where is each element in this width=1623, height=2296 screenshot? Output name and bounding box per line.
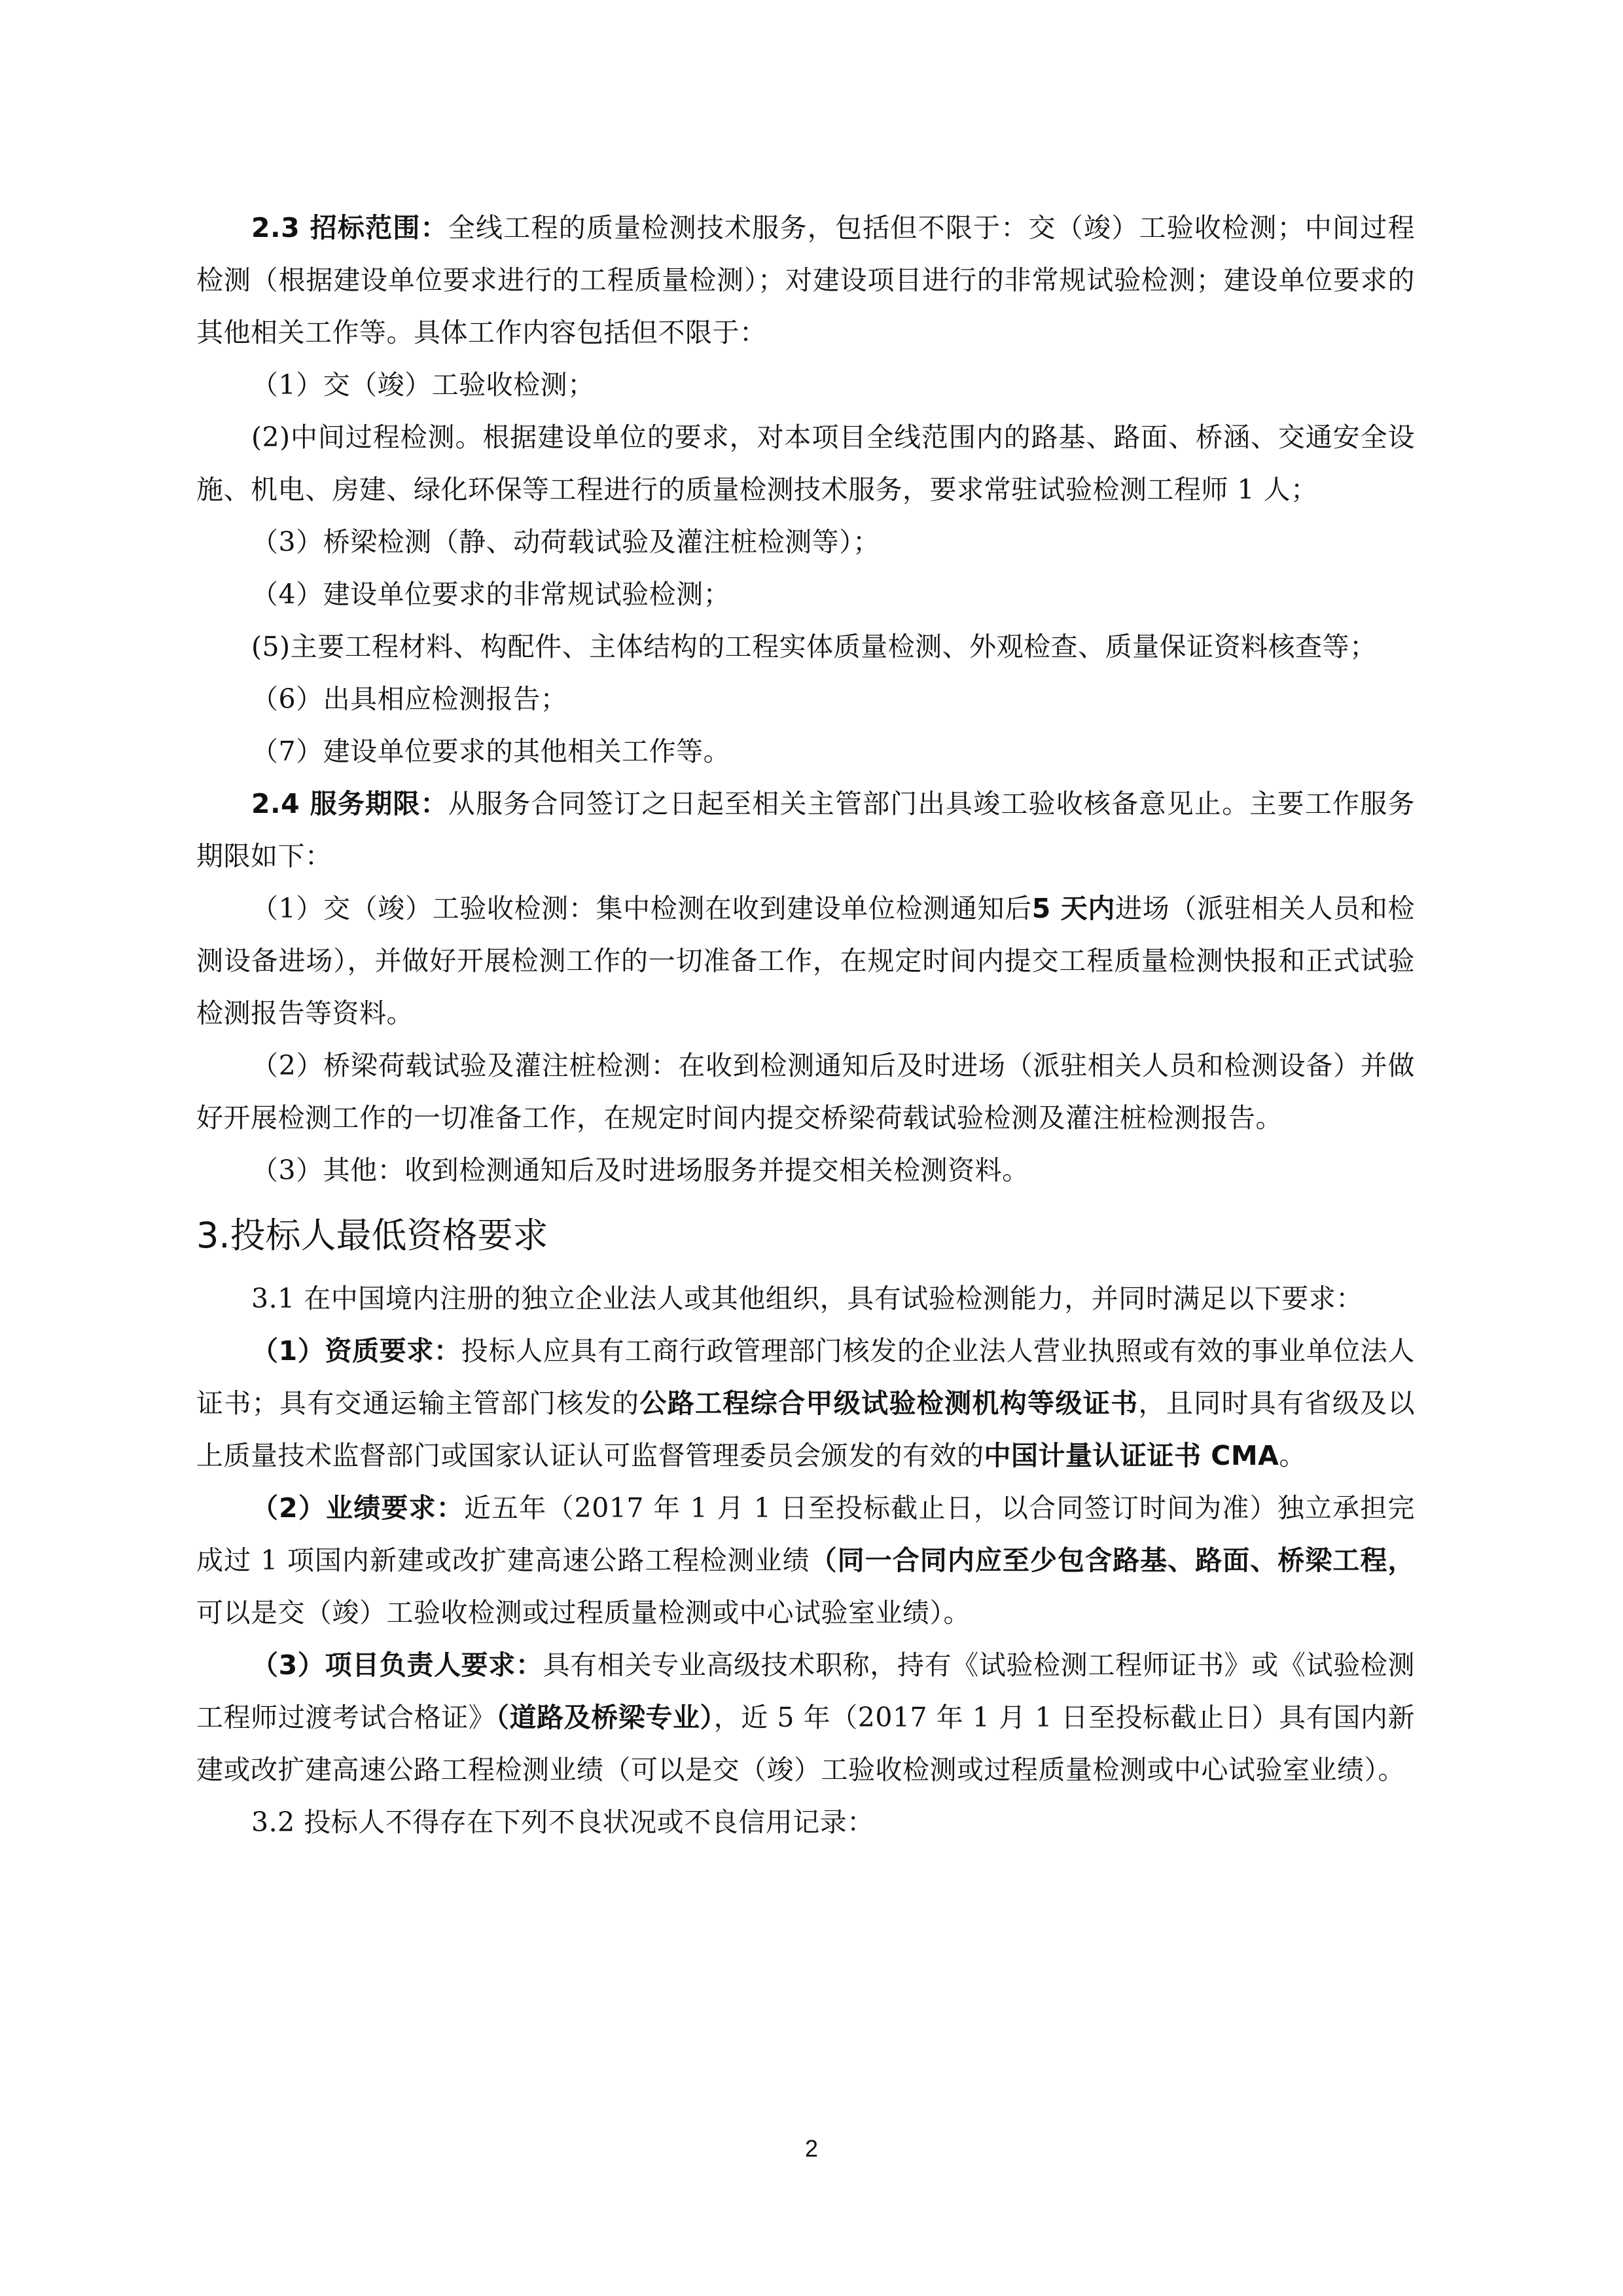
- requirement-project-lead: （3）项目负责人要求：具有相关专业高级技术职称，持有《试验检测工程师证书》或《试…: [196, 1639, 1415, 1796]
- emphasis-specialty: （道路及桥梁专业）: [495, 1702, 713, 1733]
- page-content: 2.3 招标范围：全线工程的质量检测技术服务，包括但不限于：交（竣）工验收检测；…: [196, 202, 1415, 1848]
- requirement-label: （3）项目负责人要求：: [251, 1649, 543, 1681]
- section-label-2-3: 2.3 招标范围：: [251, 212, 448, 243]
- list-item-2-3-6: （6）出具相应检测报告；: [196, 673, 1415, 725]
- requirement-text: 可以是交（竣）工验收检测或过程质量检测或中心试验室业绩）。: [196, 1597, 971, 1628]
- emphasis-certificate: 公路工程综合甲级试验检测机构等级证书: [639, 1388, 1138, 1419]
- section-heading-3: 3.投标人最低资格要求: [196, 1202, 1415, 1270]
- paragraph-2-4: 2.4 服务期限：从服务合同签订之日起至相关主管部门出具竣工验收核备意见止。主要…: [196, 778, 1415, 882]
- list-item-2-3-3: （3）桥梁检测（静、动荷载试验及灌注桩检测等）；: [196, 516, 1415, 568]
- requirement-performance: （2）业绩要求：近五年（2017 年 1 月 1 日至投标截止日，以合同签订时间…: [196, 1482, 1415, 1639]
- page-number: 2: [0, 2135, 1623, 2162]
- list-item-2-3-5: (5)主要工程材料、构配件、主体结构的工程实体质量检测、外观检查、质量保证资料核…: [196, 620, 1415, 673]
- section-label-2-4: 2.4 服务期限：: [251, 788, 448, 819]
- requirement-text: 。: [1279, 1440, 1306, 1471]
- list-item-2-3-4: （4）建设单位要求的非常规试验检测；: [196, 568, 1415, 620]
- list-item-2-4-1: （1）交（竣）工验收检测：集中检测在收到建设单位检测通知后5 天内进场（派驻相关…: [196, 882, 1415, 1039]
- paragraph-3-2: 3.2 投标人不得存在下列不良状况或不良信用记录：: [196, 1796, 1415, 1848]
- emphasis-5-days: 5 天内: [1032, 893, 1115, 924]
- list-item-2-3-1: （1）交（竣）工验收检测；: [196, 359, 1415, 411]
- list-item-2-4-2: （2）桥梁荷载试验及灌注桩检测：在收到检测通知后及时进场（派驻相关人员和检测设备…: [196, 1039, 1415, 1144]
- requirement-qualification: （1）资质要求：投标人应具有工商行政管理部门核发的企业法人营业执照或有效的事业单…: [196, 1325, 1415, 1482]
- paragraph-2-3: 2.3 招标范围：全线工程的质量检测技术服务，包括但不限于：交（竣）工验收检测；…: [196, 202, 1415, 359]
- item-text: （1）交（竣）工验收检测：集中检测在收到建设单位检测通知后: [251, 893, 1032, 924]
- document-page: 2.3 招标范围：全线工程的质量检测技术服务，包括但不限于：交（竣）工验收检测；…: [0, 0, 1623, 2296]
- paragraph-3-1: 3.1 在中国境内注册的独立企业法人或其他组织，具有试验检测能力，并同时满足以下…: [196, 1272, 1415, 1325]
- requirement-label: （1）资质要求：: [251, 1335, 461, 1367]
- requirement-label: （2）业绩要求：: [251, 1492, 464, 1524]
- list-item-2-4-3: （3）其他：收到检测通知后及时进场服务并提交相关检测资料。: [196, 1144, 1415, 1196]
- list-item-2-3-7: （7）建设单位要求的其他相关工作等。: [196, 725, 1415, 778]
- emphasis-cma: 中国计量认证证书 CMA: [984, 1440, 1279, 1471]
- emphasis-contract-scope: （同一合同内应至少包含路基、路面、桥梁工程，: [810, 1545, 1415, 1576]
- list-item-2-3-2: (2)中间过程检测。根据建设单位的要求，对本项目全线范围内的路基、路面、桥涵、交…: [196, 411, 1415, 516]
